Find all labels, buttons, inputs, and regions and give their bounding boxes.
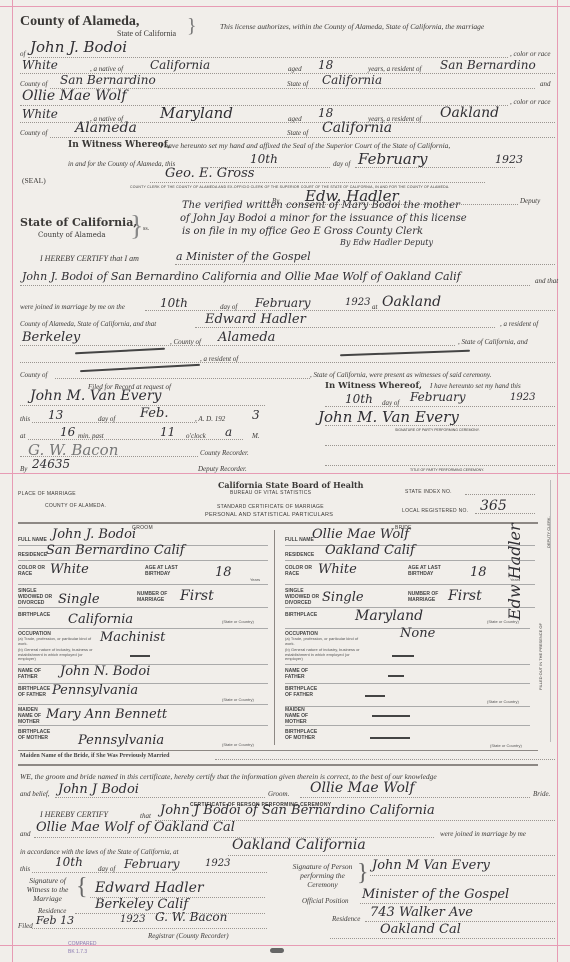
joined-by-me-label: were joined in marriage by me xyxy=(440,830,526,838)
bride-native: Maryland xyxy=(160,104,233,122)
resident-of-label: , a resident of xyxy=(500,320,538,328)
margin-line-left xyxy=(12,0,13,962)
bride-status: Single xyxy=(322,590,364,605)
groom-number-marriage-label: Number of Marriage xyxy=(137,591,177,603)
clerk-caption: County Clerk of the County of Alameda an… xyxy=(130,185,450,189)
at-min-label: at xyxy=(20,432,25,440)
groom-name: John J. Bodoi xyxy=(30,38,127,56)
officiant-title: a Minister of the Gospel xyxy=(176,250,311,263)
witness-signature: Edward Hadler xyxy=(95,880,204,896)
bride-birthplace: Maryland xyxy=(355,608,423,624)
state-heading-2: State of California, xyxy=(20,216,137,229)
groom-mother-label: Maiden Name of Mother xyxy=(18,707,48,725)
groom-marriage-number: First xyxy=(180,588,214,604)
groom-occ-b-label: (b) General nature of industry, business… xyxy=(18,648,98,662)
standard-certificate: Standard Certificate of Marriage xyxy=(217,504,324,510)
bride-status-label: Single Widowed or Divorced xyxy=(285,588,325,606)
groom-status: Single xyxy=(58,592,100,607)
officiant-signature-2: John M Van Every xyxy=(372,858,490,873)
witness2-county-dash xyxy=(80,364,200,372)
sig-person-label: Signature of Person performing the Cerem… xyxy=(290,862,355,889)
local-registered-value: 365 xyxy=(480,498,507,514)
county-of-label-2: County of xyxy=(20,129,47,137)
state-ca-and-label: , State of California, and xyxy=(458,338,528,346)
filed-hour: 11 xyxy=(160,425,175,439)
maiden-name-label: Maiden Name of the Bride, if She Was Pre… xyxy=(20,753,169,759)
margin-line-right xyxy=(557,0,558,962)
groom-signature: John J Bodoi xyxy=(58,782,139,797)
color-race-label-2: , color or race xyxy=(510,98,550,106)
bride-mother-birthplace-label: Birthplace of Mother xyxy=(285,729,325,741)
this-label: this xyxy=(20,415,30,423)
cert-bride: Ollie Mae Wolf of Oakland Cal xyxy=(36,820,235,835)
by-label-2: By xyxy=(20,465,27,473)
bride-age: 18 xyxy=(470,565,487,580)
years-resident-label: years, a resident of xyxy=(368,65,421,73)
and-that-label: and that xyxy=(535,277,558,285)
deputy-label: Deputy xyxy=(520,197,540,205)
of-label: of xyxy=(20,50,25,58)
witness-whereof-2: In Witness Whereof, xyxy=(325,381,422,391)
groom-mother-birthplace: Pennsylvania xyxy=(78,733,164,748)
witness-whereof: In Witness Whereof, xyxy=(68,140,171,150)
officiant-residence-1: 743 Walker Ave xyxy=(370,905,473,920)
brace: } xyxy=(187,15,197,38)
county-of-label-4: County of xyxy=(20,371,47,379)
side-rule xyxy=(550,480,551,742)
joined-label: were joined in marriage by me on the xyxy=(20,303,125,311)
margin-line-top xyxy=(0,6,570,7)
bride-industry-dash xyxy=(392,655,414,657)
officiant-residence-label: Residence xyxy=(332,915,360,923)
license-month: February xyxy=(358,150,428,168)
groom-age: 18 xyxy=(318,58,333,72)
bride-mother-dash xyxy=(372,715,410,717)
groom-status-label: Single Widowed or Divorced xyxy=(18,588,58,606)
consent-line-4: By Edw Hadler Deputy xyxy=(340,238,433,247)
bureau: Bureau of Vital Statistics xyxy=(230,490,311,496)
consent-line-1: The verified written consent of Mary Bod… xyxy=(182,200,460,211)
and-label: and xyxy=(540,80,551,88)
witness1-county: Alameda xyxy=(218,330,275,345)
bride-signature: Ollie Mae Wolf xyxy=(310,780,415,796)
bride-color-label: Color or Race xyxy=(285,565,320,577)
bride-state-country-label: (State or Country) xyxy=(487,620,519,625)
ss-label: ss. xyxy=(143,226,149,232)
bride-occupation: None xyxy=(400,626,435,641)
local-registered-label: Local Registered No. xyxy=(402,508,468,514)
registrar-signature: G. W. Bacon xyxy=(155,910,227,924)
groom-full-name-label: Full Name xyxy=(18,537,47,543)
county-recorder-label: County Recorder. xyxy=(200,449,249,457)
side-caption: Filled out in the presence of xyxy=(538,623,543,690)
cert-day-2: 10th xyxy=(55,855,83,869)
groom-father-state-country: (State or Country) xyxy=(222,698,254,703)
bride-age-label: Age at Last Birthday xyxy=(408,565,448,577)
filed-year: 1923 xyxy=(120,914,145,925)
state-index-label: State Index No. xyxy=(405,489,452,495)
brace-4: } xyxy=(357,860,369,887)
and-label-2: and xyxy=(20,830,31,838)
county-state-and-that: County of Alameda, State of California, … xyxy=(20,320,156,328)
native-of-label: , a native of xyxy=(90,65,123,73)
signature-caption: Signature of Party Performing Ceremony. xyxy=(395,428,480,432)
hereby-certify: I HEREBY CERTIFY that I am xyxy=(40,254,139,263)
sign-day: 10th xyxy=(345,392,373,406)
seal-label: (SEAL) xyxy=(22,176,46,185)
section-divider-line xyxy=(0,473,570,474)
witness-hand-text: I have hereunto set my hand this xyxy=(430,382,521,390)
groom-father: John N. Bodoi xyxy=(60,664,150,679)
aged-label: aged xyxy=(288,65,302,73)
bride-full-name: Ollie Mae Wolf xyxy=(312,527,409,542)
sign-month: February xyxy=(410,390,466,404)
county-of-alameda-label: County of Alameda. xyxy=(45,503,106,509)
authorizes-text: This license authorizes, within the Coun… xyxy=(220,22,484,31)
m-label: M. xyxy=(252,432,260,440)
registrar-label: Registrar (County Recorder) xyxy=(148,932,229,940)
bride-residence-label: Residence xyxy=(285,552,314,558)
filed-day: 13 xyxy=(48,408,63,422)
brace-3: { xyxy=(76,874,88,901)
groom-birthplace-label: Birthplace xyxy=(18,612,50,618)
bride-county: Alameda xyxy=(75,120,137,136)
officiant-signature: John M. Van Every xyxy=(318,408,459,426)
column-divider xyxy=(274,530,275,745)
county-heading-2: County of Alameda xyxy=(38,231,106,239)
filed-date: Feb 13 xyxy=(36,914,74,927)
county-of-label: County of xyxy=(20,80,47,88)
compared-stamp: COMPARED xyxy=(68,941,97,947)
officiant-residence-2: Oakland Cal xyxy=(380,922,461,937)
groom-father-birthplace: Pennsylvania xyxy=(52,683,138,698)
groom-color: White xyxy=(50,562,89,577)
day-of-label: day of xyxy=(333,160,350,168)
couple-line: John J. Bodoi of San Bernardino Californ… xyxy=(22,270,461,283)
bride-mother-birthplace-dash xyxy=(370,737,410,739)
license-day: 10th xyxy=(250,152,278,166)
bride-number-marriage-label: Number of Marriage xyxy=(408,591,448,603)
clerk-signature: Geo. E. Gross xyxy=(165,166,254,181)
groom-mother-birthplace-label: Birthplace of Mother xyxy=(18,729,58,741)
cert-groom: John J Bodoi of San Bernardino Californi… xyxy=(160,803,435,818)
official-position: Minister of the Gospel xyxy=(362,887,509,902)
groom-years-label: Years xyxy=(250,578,260,583)
bride-state: California xyxy=(322,120,392,136)
license-year: 1923 xyxy=(495,153,523,166)
bride-mother-label: Maiden Name of Mother xyxy=(285,707,315,725)
title-caption: Title of Party Performing Ceremony. xyxy=(410,468,484,472)
filed-meridiem: a xyxy=(225,425,232,439)
bride-resident: Oakland xyxy=(440,105,499,121)
groom-label: Groom. xyxy=(268,790,289,798)
state-of-label: State of xyxy=(287,80,308,88)
consent-line-3: is on file in my office Geo E Gross Coun… xyxy=(182,226,423,237)
groom-resident: San Bernardino xyxy=(440,58,536,72)
groom-occupation: Machinist xyxy=(100,630,165,645)
cert-place: Oakland xyxy=(382,294,441,310)
filed-min: 16 xyxy=(60,425,75,439)
bride-full-name-label: Full Name xyxy=(285,537,314,543)
groom-age-label: Age at Last Birthday xyxy=(145,565,185,577)
color-race-label: , color or race xyxy=(510,50,550,58)
groom-residence: San Bernardino Calif xyxy=(46,543,185,558)
filed-month: Feb. xyxy=(140,406,168,421)
filed-requester: John M. Van Every xyxy=(30,388,161,404)
state-heading: State of California xyxy=(117,29,176,38)
bride-marriage-number: First xyxy=(448,588,482,604)
bride-birthplace-label: Birthplace xyxy=(285,612,317,618)
groom-county: San Bernardino xyxy=(60,73,156,87)
filed-label: Filed xyxy=(18,922,33,930)
bride-father-birthplace-dash xyxy=(365,695,385,697)
sign-year: 1923 xyxy=(510,392,535,403)
witness2-resident-dash xyxy=(340,350,470,357)
groom-birthplace: California xyxy=(68,612,133,627)
deputy-recorder-label: Deputy Recorder. xyxy=(198,465,247,473)
cert-month: February xyxy=(255,296,311,310)
side-signature: Edw Hadler xyxy=(505,523,524,620)
bride-age: 18 xyxy=(318,106,333,120)
bride-occ-b-label: (b) General nature of industry, business… xyxy=(285,648,365,662)
bride-color: White xyxy=(318,562,357,577)
witness1-name: Edward Hadler xyxy=(205,312,306,327)
state-of-label-2: State of xyxy=(287,129,308,137)
hereby-certify-2: I HEREBY CERTIFY xyxy=(40,810,108,819)
present-text: , State of California, were present as w… xyxy=(310,371,491,379)
witness1-city: Berkeley xyxy=(22,330,80,345)
this-label-2: this xyxy=(20,865,30,873)
place-of-marriage-label: Place of Marriage xyxy=(18,491,76,497)
county-heading: County of Alameda, xyxy=(20,14,139,30)
county-this-label: in and for the County of Alameda, this xyxy=(68,160,175,168)
groom-mother-state-country: (State or Country) xyxy=(222,743,254,748)
groom-father-label: Name of Father xyxy=(18,668,48,680)
and-belief-label: and belief, xyxy=(20,790,50,798)
bride-father-label: Name of Father xyxy=(285,668,315,680)
ad-label: , A. D. 192 xyxy=(195,415,225,423)
official-position-label: Official Position xyxy=(302,897,348,905)
bride-color: White xyxy=(22,107,58,121)
accordance-text: in accordance with the laws of the State… xyxy=(20,848,179,856)
bride-father-birthplace-label: Birthplace of Father xyxy=(285,686,325,698)
groom-color-label: Color or Race xyxy=(18,565,53,577)
bride-residence: Oakland Calif xyxy=(325,543,415,558)
cert-year-2: 1923 xyxy=(205,858,230,869)
groom-state: California xyxy=(322,73,382,87)
printer-ornament-icon xyxy=(270,948,284,953)
witness-text: I have hereunto set my hand and affixed … xyxy=(160,141,450,150)
cert-day: 10th xyxy=(160,296,188,310)
witness2-name-dash xyxy=(75,348,165,355)
consent-line-2: of John Jay Bodoi a minor for the issuan… xyxy=(180,213,467,224)
that-label: that xyxy=(140,812,151,820)
cert-month-2: February xyxy=(124,857,180,871)
bride-occ-a-label: (a) Trade, profession, or particular kin… xyxy=(285,637,365,646)
groom-color: White xyxy=(22,58,58,72)
groom-occ-a-label: (a) Trade, profession, or particular kin… xyxy=(18,637,98,646)
bride-mother-state-country: (State or Country) xyxy=(490,744,522,749)
filed-year-digit: 3 xyxy=(252,408,260,422)
board-title: California State Board of Health xyxy=(218,480,364,490)
groom-industry-dash xyxy=(130,655,150,657)
sig-witness-label: Signature of Witness to the Marriage xyxy=(20,876,75,903)
particulars: Personal and Statistical Particulars xyxy=(205,512,333,518)
record-number: 24635 xyxy=(32,457,70,471)
groom-residence-label: Residence xyxy=(18,552,47,558)
groom-mother: Mary Ann Bennett xyxy=(46,707,167,722)
bride-name: Ollie Mae Wolf xyxy=(22,88,127,104)
bride-father-state-country: (State or Country) xyxy=(487,700,519,705)
groom-native: California xyxy=(150,58,210,72)
bride-father-dash xyxy=(388,675,404,677)
groom-full-name: John J. Bodoi xyxy=(52,527,136,542)
cert-place-2: Oakland California xyxy=(232,837,366,853)
cert-year: 1923 xyxy=(345,297,370,308)
compared-initials: BK 1.7.3 xyxy=(68,949,87,955)
bride-label: Bride. xyxy=(533,790,550,798)
groom-age: 18 xyxy=(215,565,232,580)
groom-state-country-label: (State or Country) xyxy=(222,620,254,625)
brace-2: } xyxy=(130,211,143,243)
